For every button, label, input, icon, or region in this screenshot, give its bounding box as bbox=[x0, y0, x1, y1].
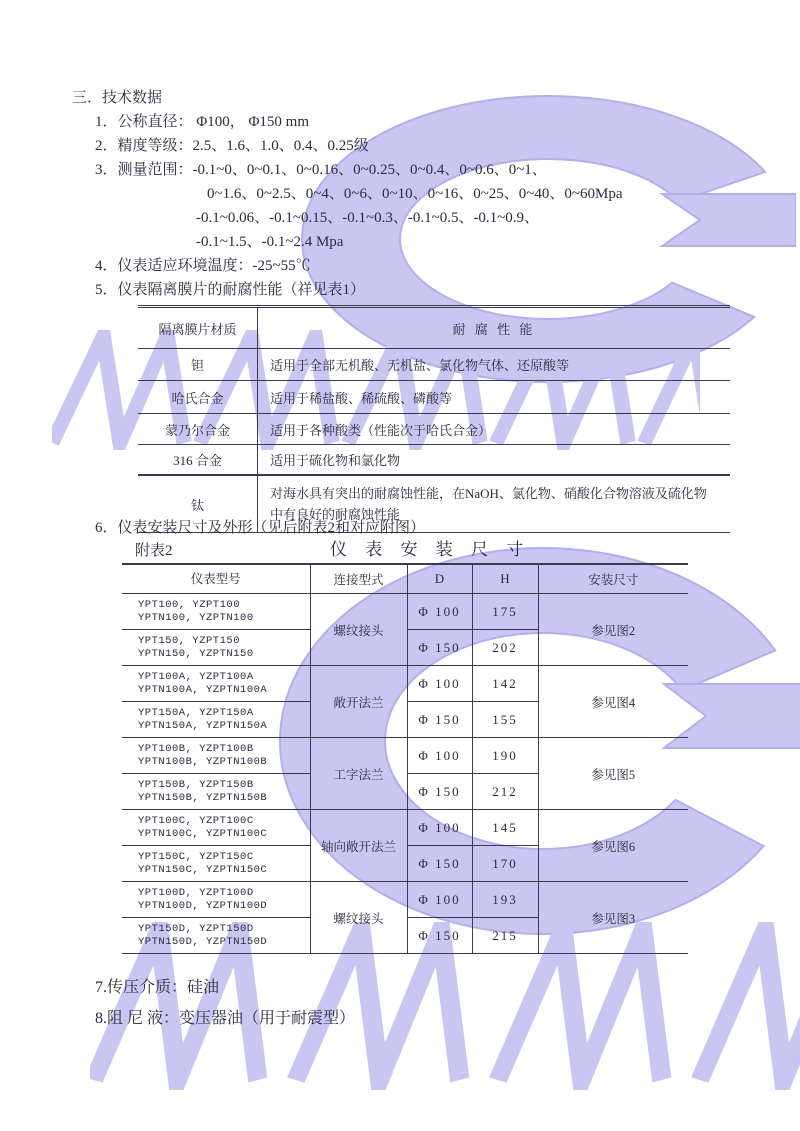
t2-h-cell: 193 bbox=[472, 882, 538, 918]
t2-connection-cell: 螺纹接头 bbox=[310, 882, 407, 954]
table-row: YPT100D, YZPT100D YPTN100D, YZPTN100D 螺纹… bbox=[122, 882, 688, 918]
model-line: YPT150B, YZPT150B bbox=[138, 779, 310, 792]
corrosion-resistance-table: 隔离膜片材质 耐 腐 性 能 钽 适用于全部无机酸、无机盐、氯化物气体、还原酸等… bbox=[138, 305, 730, 533]
t2-d-cell: Φ 150 bbox=[407, 630, 472, 666]
t2-model-cell: YPT150B, YZPT150B YPTN150B, YZPTN150B bbox=[122, 774, 310, 810]
t2-model-cell: YPT150, YZPT150 YPTN150, YZPTN150 bbox=[122, 630, 310, 666]
t2-d-cell: Φ 100 bbox=[407, 810, 472, 846]
table2-label: 附表2 bbox=[135, 539, 173, 560]
t2-header-mount: 安装尺寸 bbox=[538, 564, 688, 594]
table-row: YPT100A, YZPT100A YPTN100A, YZPTN100A 敞开… bbox=[122, 666, 688, 702]
t2-figure-cell: 参见图3 bbox=[538, 882, 688, 954]
t2-connection-cell: 工字法兰 bbox=[310, 738, 407, 810]
t2-model-cell: YPT100A, YZPT100A YPTN100A, YZPTN100A bbox=[122, 666, 310, 702]
t1-performance-cell: 适用于稀盐酸、稀硫酸、磷酸等 bbox=[258, 381, 731, 414]
table-row: YPT100, YZPT100 YPTN100, YZPTN100 螺纹接头 Φ… bbox=[122, 594, 688, 630]
model-line: YPTN100C, YZPTN100C bbox=[138, 828, 310, 841]
table-row: 钽 适用于全部无机酸、无机盐、氯化物气体、还原酸等 bbox=[138, 349, 730, 381]
t2-h-cell: 215 bbox=[472, 918, 538, 954]
table2-title: 仪 表 安 装 尺 寸 bbox=[330, 535, 530, 560]
t2-h-cell: 190 bbox=[472, 738, 538, 774]
t1-material-cell: 316 合金 bbox=[138, 445, 258, 476]
model-line: YPT100D, YZPT100D bbox=[138, 887, 310, 900]
t2-d-cell: Φ 150 bbox=[407, 846, 472, 882]
t2-figure-cell: 参见图6 bbox=[538, 810, 688, 882]
installation-dimensions-table: 仪表型号 连接型式 D H 安装尺寸 YPT100, YZPT100 YPTN1… bbox=[122, 563, 688, 954]
t2-connection-cell: 敞开法兰 bbox=[310, 666, 407, 738]
spec-measure-range-line1: 3．测量范围：-0.1~0、0~0.1、0~0.16、0~0.25、0~0.4、… bbox=[95, 158, 782, 182]
model-line: YPT150C, YZPT150C bbox=[138, 851, 310, 864]
t2-h-cell: 145 bbox=[472, 810, 538, 846]
table-row: YPT100B, YZPT100B YPTN100B, YZPTN100B 工字… bbox=[122, 738, 688, 774]
scanned-document-page: 三．技术数据 1．公称直径： Φ100， Φ150 mm 2．精度等级：2.5、… bbox=[0, 0, 800, 1131]
t2-connection-cell: 螺纹接头 bbox=[310, 594, 407, 666]
t1-performance-cell: 适用于全部无机酸、无机盐、氯化物气体、还原酸等 bbox=[258, 349, 731, 381]
model-line: YPTN150, YZPTN150 bbox=[138, 648, 310, 661]
table-row: 哈氏合金 适用于稀盐酸、稀硫酸、磷酸等 bbox=[138, 381, 730, 414]
t2-model-cell: YPT150A, YZPT150A YPTN150A, YZPTN150A bbox=[122, 702, 310, 738]
t2-model-cell: YPT100C, YZPT100C YPTN100C, YZPTN100C bbox=[122, 810, 310, 846]
t1-performance-cell: 适用于硫化物和氯化物 bbox=[258, 445, 731, 476]
model-line: YPT150A, YZPT150A bbox=[138, 707, 310, 720]
t2-d-cell: Φ 150 bbox=[407, 702, 472, 738]
t2-model-cell: YPT150C, YZPT150C YPTN150C, YZPTN150C bbox=[122, 846, 310, 882]
t2-d-cell: Φ 100 bbox=[407, 738, 472, 774]
t1-header-performance: 耐 腐 性 能 bbox=[258, 307, 731, 349]
spec-measure-range-line4: -0.1~1.5、-0.1~2.4 Mpa bbox=[196, 230, 782, 254]
t2-figure-cell: 参见图5 bbox=[538, 738, 688, 810]
spec-damping-liquid: 8.阻 尼 液：变压器油（用于耐震型） bbox=[95, 1003, 355, 1034]
t2-figure-cell: 参见图4 bbox=[538, 666, 688, 738]
t2-model-cell: YPT100, YZPT100 YPTN100, YZPTN100 bbox=[122, 594, 310, 630]
model-line: YPT150D, YZPT150D bbox=[138, 923, 310, 936]
spec-diaphragm-corrosion-heading: 5．仪表隔离膜片的耐腐性能（祥见表1） bbox=[95, 278, 782, 302]
t2-d-cell: Φ 100 bbox=[407, 666, 472, 702]
t2-header-d: D bbox=[407, 564, 472, 594]
spec-nominal-diameter: 1．公称直径： Φ100， Φ150 mm bbox=[95, 110, 782, 134]
table-row: YPT100C, YZPT100C YPTN100C, YZPTN100C 轴向… bbox=[122, 810, 688, 846]
t1-header-material: 隔离膜片材质 bbox=[138, 307, 258, 349]
model-line: YPT100B, YZPT100B bbox=[138, 743, 310, 756]
t2-d-cell: Φ 100 bbox=[407, 594, 472, 630]
section-title: 三．技术数据 bbox=[72, 86, 782, 110]
t2-header-h: H bbox=[472, 564, 538, 594]
model-line: YPTN100, YZPTN100 bbox=[138, 612, 310, 625]
t1-material-cell: 蒙乃尔合金 bbox=[138, 414, 258, 445]
t2-model-cell: YPT100B, YZPT100B YPTN100B, YZPTN100B bbox=[122, 738, 310, 774]
t2-d-cell: Φ 100 bbox=[407, 882, 472, 918]
t2-h-cell: 202 bbox=[472, 630, 538, 666]
model-line: YPT150, YZPT150 bbox=[138, 635, 310, 648]
model-line: YPTN150A, YZPTN150A bbox=[138, 720, 310, 733]
spec-accuracy-class: 2．精度等级：2.5、1.6、1.0、0.4、0.25级 bbox=[95, 134, 782, 158]
spec-pressure-medium: 7.传压介质：硅油 bbox=[95, 972, 355, 1003]
t2-header-connection: 连接型式 bbox=[310, 564, 407, 594]
t2-model-cell: YPT100D, YZPT100D YPTN100D, YZPTN100D bbox=[122, 882, 310, 918]
t2-header-model: 仪表型号 bbox=[122, 564, 310, 594]
model-line: YPTN100A, YZPTN100A bbox=[138, 684, 310, 697]
t2-d-cell: Φ 150 bbox=[407, 918, 472, 954]
table-row: 蒙乃尔合金 适用于各种酸类（性能次于哈氏合金） bbox=[138, 414, 730, 445]
spec-install-dimensions-heading: 6．仪表安装尺寸及外形（见后附表2和对应附图） bbox=[95, 516, 425, 537]
model-line: YPT100A, YZPT100A bbox=[138, 671, 310, 684]
spec-measure-range-line2: 0~1.6、0~2.5、0~4、0~6、0~10、0~16、0~25、0~40、… bbox=[207, 182, 782, 206]
t1-material-cell: 哈氏合金 bbox=[138, 381, 258, 414]
model-line: YPTN150B, YZPTN150B bbox=[138, 792, 310, 805]
t1-performance-cell: 适用于各种酸类（性能次于哈氏合金） bbox=[258, 414, 731, 445]
t2-connection-cell: 轴向敞开法兰 bbox=[310, 810, 407, 882]
t2-d-cell: Φ 150 bbox=[407, 774, 472, 810]
model-line: YPTN100D, YZPTN100D bbox=[138, 900, 310, 913]
t2-model-cell: YPT150D, YZPT150D YPTN150D, YZPTN150D bbox=[122, 918, 310, 954]
t2-h-cell: 142 bbox=[472, 666, 538, 702]
t2-h-cell: 155 bbox=[472, 702, 538, 738]
spec-ambient-temperature: 4．仪表适应环境温度：-25~55℃ bbox=[95, 254, 782, 278]
model-line: YPT100C, YZPT100C bbox=[138, 815, 310, 828]
t2-h-cell: 170 bbox=[472, 846, 538, 882]
t2-figure-cell: 参见图2 bbox=[538, 594, 688, 666]
model-line: YPTN150C, YZPTN150C bbox=[138, 864, 310, 877]
model-line: YPTN150D, YZPTN150D bbox=[138, 936, 310, 949]
model-line: YPTN100B, YZPTN100B bbox=[138, 756, 310, 769]
table-row: 仪表型号 连接型式 D H 安装尺寸 bbox=[122, 564, 688, 594]
t2-h-cell: 175 bbox=[472, 594, 538, 630]
footer-specs: 7.传压介质：硅油 8.阻 尼 液：变压器油（用于耐震型） bbox=[95, 972, 355, 1034]
model-line: YPT100, YZPT100 bbox=[138, 599, 310, 612]
table-row: 316 合金 适用于硫化物和氯化物 bbox=[138, 445, 730, 476]
document-content: 三．技术数据 1．公称直径： Φ100， Φ150 mm 2．精度等级：2.5、… bbox=[0, 0, 800, 1131]
spec-measure-range-line3: -0.1~0.06、-0.1~0.15、-0.1~0.3、-0.1~0.5、-0… bbox=[196, 206, 782, 230]
tech-data-section: 三．技术数据 1．公称直径： Φ100， Φ150 mm 2．精度等级：2.5、… bbox=[72, 86, 782, 302]
t1-material-cell: 钽 bbox=[138, 349, 258, 381]
t2-h-cell: 212 bbox=[472, 774, 538, 810]
table-row: 隔离膜片材质 耐 腐 性 能 bbox=[138, 307, 730, 349]
